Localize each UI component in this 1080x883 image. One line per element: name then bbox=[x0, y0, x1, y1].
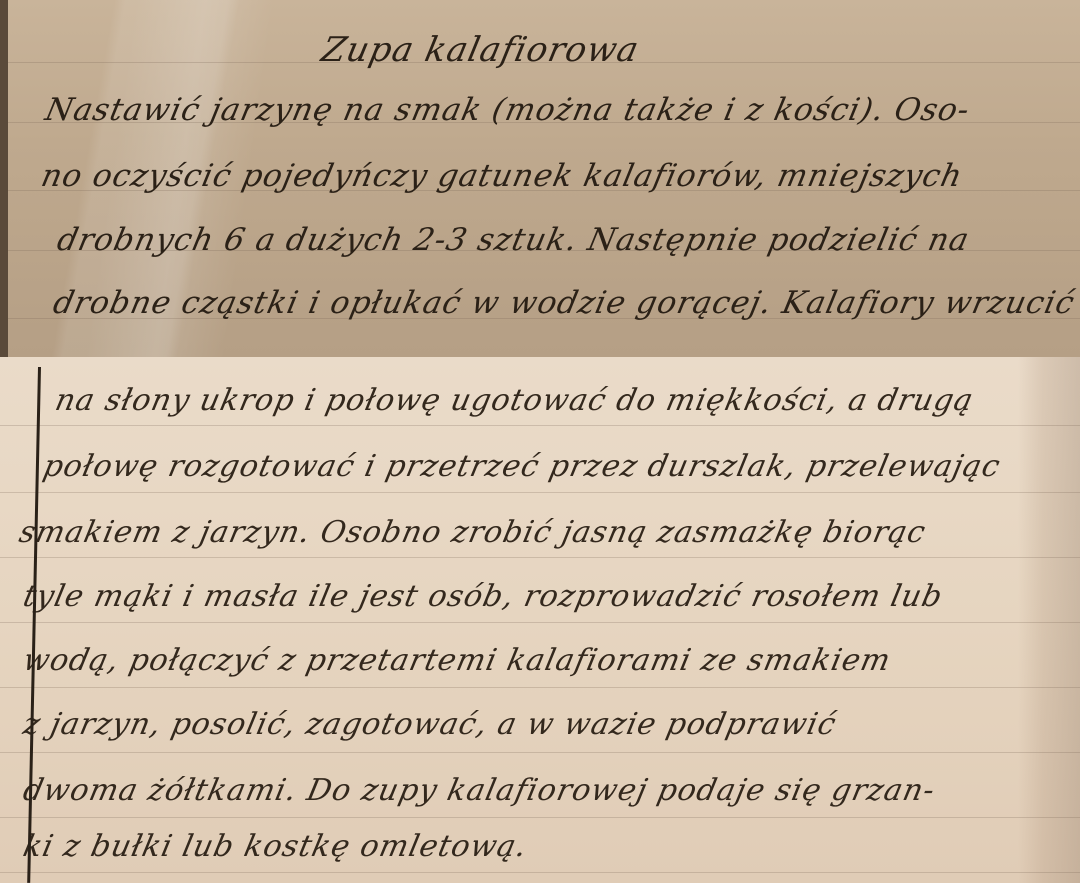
ruled-line bbox=[0, 557, 1080, 558]
recipe-line: tyle mąki i masła ile jest osób, rozprow… bbox=[20, 579, 946, 614]
recipe-line: połowę rozgotować i przetrzeć przez durs… bbox=[40, 449, 1004, 484]
recipe-line: dwoma żółtkami. Do zupy kalafiorowej pod… bbox=[20, 773, 938, 808]
ruled-line bbox=[0, 492, 1080, 493]
recipe-line: z jarzyn, posolić, zagotować, a w wazie … bbox=[20, 707, 840, 742]
ruled-line bbox=[0, 817, 1080, 818]
ruled-line bbox=[0, 425, 1080, 426]
recipe-line: no oczyścić pojedyńczy gatunek kalafioró… bbox=[38, 158, 966, 194]
recipe-line: drobnych 6 a dużych 2-3 sztuk. Następnie… bbox=[54, 222, 973, 258]
ruled-line bbox=[0, 752, 1080, 753]
recipe-photo-top: Zupa kalafiorowa Nastawić jarzynę na sma… bbox=[0, 0, 1080, 357]
recipe-line: ki z bułki lub kostkę omletową. bbox=[20, 829, 531, 864]
recipe-line: wodą, połączyć z przetartemi kalafiorami… bbox=[20, 643, 894, 678]
recipe-page: Zupa kalafiorowa Nastawić jarzynę na sma… bbox=[0, 0, 1080, 883]
recipe-title: Zupa kalafiorowa bbox=[318, 30, 643, 70]
recipe-line: na słony ukrop i połowę ugotować do mięk… bbox=[52, 383, 977, 418]
recipe-photo-bottom: na słony ukrop i połowę ugotować do mięk… bbox=[0, 357, 1080, 883]
recipe-line: drobne cząstki i opłukać w wodzie gorące… bbox=[50, 285, 1078, 321]
recipe-line: Nastawić jarzynę na smak (można także i … bbox=[42, 92, 973, 128]
ruled-line bbox=[0, 687, 1080, 688]
ruled-line bbox=[0, 622, 1080, 623]
recipe-line: smakiem z jarzyn. Osobno zrobić jasną za… bbox=[16, 515, 929, 550]
ruled-line bbox=[0, 872, 1080, 873]
